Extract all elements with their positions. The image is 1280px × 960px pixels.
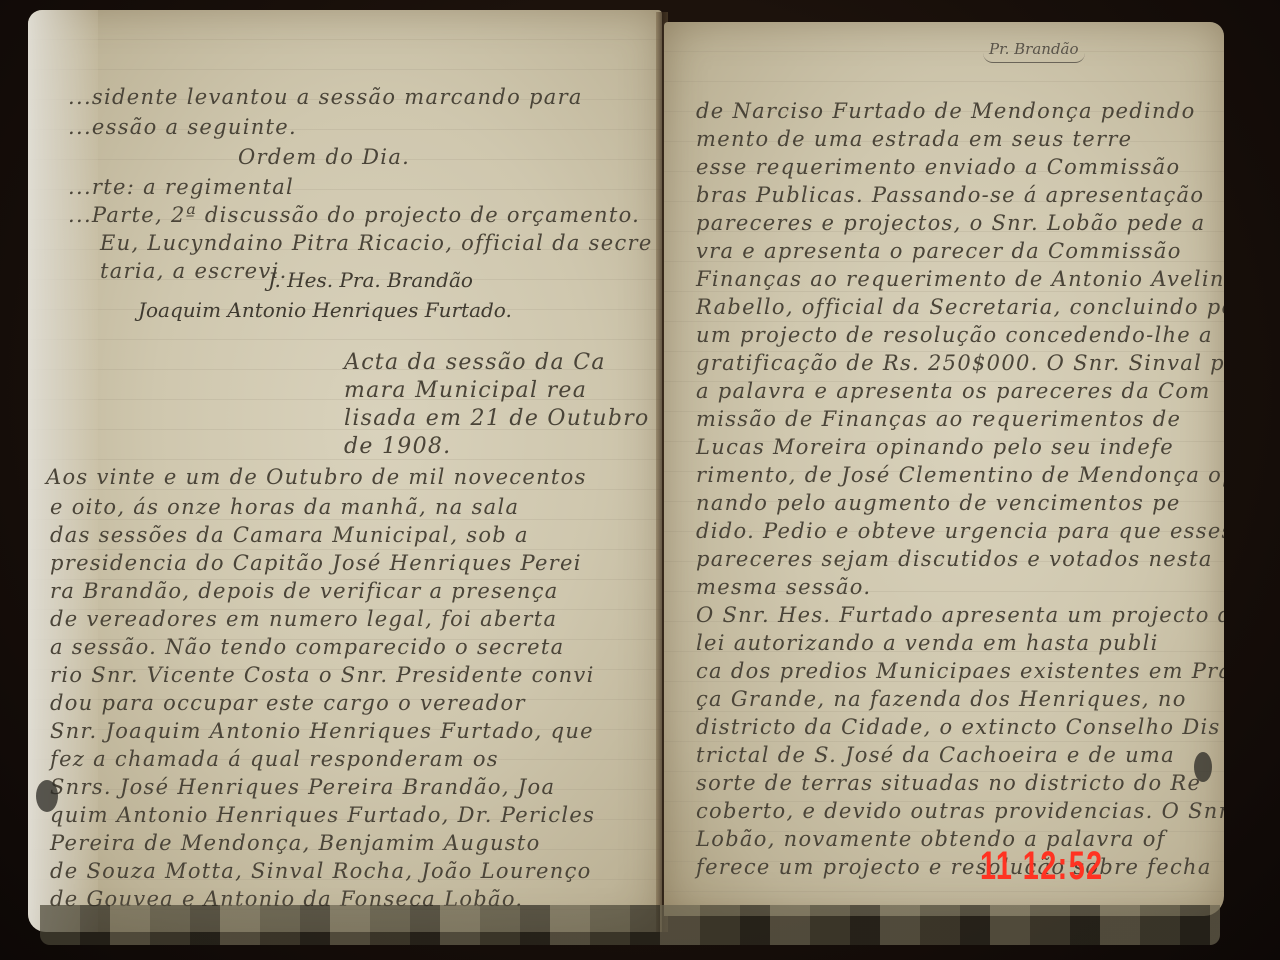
text-line: Eu, Lucyndaino Pitra Ricacio, official d…	[100, 228, 653, 258]
camera-timestamp: 11 12:52	[980, 844, 1104, 889]
text-line: esse requerimento enviado a Commissão	[696, 152, 1180, 182]
text-line: missão de Finanças ao requerimentos de	[696, 404, 1181, 434]
text-line: e oito, ás onze horas da manhã, na sala	[50, 492, 519, 522]
text-line: quim Antonio Henriques Furtado, Dr. Peri…	[50, 800, 595, 830]
text-line: ...essão a seguinte.	[68, 112, 297, 142]
signature-furtado: Joaquim Antonio Henriques Furtado.	[138, 298, 512, 322]
text-line: trictal de S. José da Cachoeira e de uma	[696, 740, 1175, 770]
text-line: fez a chamada á qual responderam os	[50, 744, 499, 774]
heading-line: mara Municipal rea	[344, 376, 587, 406]
text-line: de Souza Motta, Sinval Rocha, João Loure…	[50, 856, 592, 886]
text-line: nando pelo augmento de vencimentos pe	[696, 488, 1181, 518]
text-line: das sessões da Camara Municipal, sob a	[50, 520, 529, 550]
text-line: dou para occupar este cargo o vereador	[50, 688, 526, 718]
text-line: presidencia do Capitão José Henriques Pe…	[50, 548, 582, 578]
text-line: districto da Cidade, o extincto Conselho…	[696, 712, 1221, 742]
ink-stain	[36, 780, 58, 812]
page-edges	[40, 905, 1220, 945]
text-line: Rabello, official da Secretaria, conclui…	[696, 292, 1224, 322]
text-line: lei autorizando a venda em hasta publi	[696, 628, 1159, 658]
text-line: a palavra e apresenta os pareceres da Co…	[696, 376, 1211, 406]
text-line: de Narciso Furtado de Mendonça pedindo	[696, 96, 1196, 126]
signature-brandao: J. Hes. Pra. Brandão	[268, 268, 473, 292]
text-line: O Snr. Hes. Furtado apresenta um project…	[696, 600, 1224, 630]
text-line: a sessão. Não tendo comparecido o secret…	[50, 632, 564, 662]
text-line: de vereadores em numero legal, foi abert…	[50, 604, 557, 634]
text-line: pareceres sejam discutidos e votados nes…	[696, 544, 1213, 574]
text-line: um projecto de resolução concedendo-lhe …	[696, 320, 1213, 350]
margin-note: Pr. Brandão	[983, 40, 1085, 63]
text-line: ...Parte, 2ª discussão do projecto de or…	[68, 200, 640, 230]
heading-line: lisada em 21 de Outubro	[344, 404, 650, 434]
text-line: ra Brandão, depois de verificar a presen…	[50, 576, 559, 606]
text-line: coberto, e devido outras providencias. O…	[696, 796, 1224, 826]
text-line: Aos vinte e um de Outubro de mil novecen…	[46, 462, 587, 492]
text-line: gratificação de Rs. 250$000. O Snr. Sinv…	[696, 348, 1224, 378]
text-line: rio Snr. Vicente Costa o Snr. Presidente…	[50, 660, 595, 690]
text-line: dido. Pedio e obteve urgencia para que e…	[696, 516, 1224, 546]
text-line: Snr. Joaquim Antonio Henriques Furtado, …	[50, 716, 594, 746]
text-line: ...rte: a regimental	[68, 172, 294, 202]
text-line: ...sidente levantou a sessão marcando pa…	[68, 82, 583, 112]
text-line: mesma sessão.	[696, 572, 871, 602]
text-line: Snrs. José Henriques Pereira Brandão, Jo…	[50, 772, 555, 802]
text-line: bras Publicas. Passando-se á apresentaçã…	[696, 180, 1204, 210]
text-line: vra e apresenta o parecer da Commissão	[696, 236, 1182, 266]
text-line: ca dos predios Municipaes existentes em …	[696, 656, 1224, 686]
text-line: ferece um projecto e resolução sobre fec…	[696, 852, 1212, 882]
open-ledger-book: ...sidente levantou a sessão marcando pa…	[0, 0, 1280, 960]
text-line: pareceres e projectos, o Snr. Lobão pede…	[696, 208, 1205, 238]
ink-stain	[1194, 752, 1212, 782]
section-heading-ordem-do-dia: Ordem do Dia.	[238, 142, 410, 172]
text-line: Finanças ao requerimento de Antonio Avel…	[696, 264, 1224, 294]
text-line: Pereira de Mendonça, Benjamim Augusto	[50, 828, 541, 858]
right-page: de Narciso Furtado de Mendonça pedindo m…	[664, 22, 1224, 916]
heading-line: Acta da sessão da Ca	[344, 348, 606, 378]
heading-line: de 1908.	[344, 432, 451, 462]
left-page: ...sidente levantou a sessão marcando pa…	[28, 10, 662, 932]
text-line: rimento, de José Clementino de Mendonça …	[696, 460, 1224, 490]
text-line: taria, a escrevi.	[100, 256, 288, 286]
text-line: Lucas Moreira opinando pelo seu indefe	[696, 432, 1174, 462]
text-line: sorte de terras situadas no districto do…	[696, 768, 1201, 798]
text-line: mento de uma estrada em seus terre	[696, 124, 1132, 154]
text-line: ça Grande, na fazenda dos Henriques, no	[696, 684, 1187, 714]
